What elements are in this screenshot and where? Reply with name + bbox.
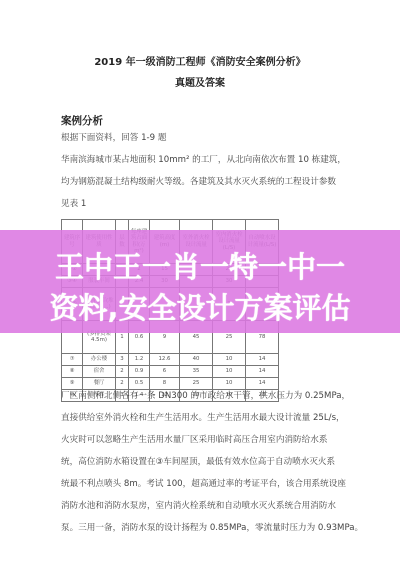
- table-cell: 14: [246, 366, 279, 378]
- table-cell: 3: [116, 354, 129, 366]
- body-paragraph: 厂区南侧和北侧各有一条 DN300 的市政给水干管，供水压力为 0.25MPa，…: [61, 385, 346, 539]
- body-line: 厂区南侧和北侧各有一条 DN300 的市政给水干管，供水压力为 0.25MPa，: [61, 385, 346, 407]
- table-cell: 办公楼: [83, 354, 116, 366]
- table-cell: 10: [213, 354, 246, 366]
- document-subtitle: 真题及答案: [0, 74, 400, 89]
- table-row: ⑧ 宿舍 2 0.9 6 35 10 14: [62, 366, 279, 378]
- body-line: 火灾时可以忽略生产生活用水量厂区采用临时高压合用室内消防给水系: [61, 429, 346, 451]
- banner-headline-line1: 王中王一肖一特一中一: [0, 245, 400, 286]
- intro-line: 见表 1: [61, 193, 346, 215]
- body-line: 消防水池和消防水泵房，室内消火栓系统和自动喷水灭火系统合用消防水: [61, 495, 346, 517]
- document-title: 2019 年一级消防工程师《消防安全案例分析》: [0, 53, 400, 68]
- intro-line: 根据下面资料，回答 1-9 题: [61, 127, 346, 149]
- intro-paragraph: 根据下面资料，回答 1-9 题 华南滨海城市某占地面积 10mm² 的工厂，从北…: [61, 127, 346, 215]
- body-line: 泵。三用一备，消防水泵的设计扬程为 0.85MPa，零流量时压力为 0.93MP…: [61, 517, 346, 539]
- body-line: 统最不利点喷头 8m。考试 100，超高通过率的考证平台，该合用系统设座: [61, 473, 346, 495]
- table-cell: 宿舍: [83, 366, 116, 378]
- body-line: 直接供给室外消火栓和生产生活用水。生产生活用水最大设计流量 25L/s，: [61, 407, 346, 429]
- table-cell: 12.6: [150, 354, 180, 366]
- body-line: 统，高位消防水箱设置在③车间屋顶，最低有效水位高于自动喷水灭火系: [61, 451, 346, 473]
- table-cell: ⑧: [62, 366, 83, 378]
- table-cell: 1.2: [129, 354, 150, 366]
- table-row: ⑦ 办公楼 3 1.2 12.6 40 10 14: [62, 354, 279, 366]
- table-cell: 0.9: [129, 366, 150, 378]
- intro-line: 均为钢筋混凝土结构级耐火等级。各建筑及其水灭火系统的工程设计参数: [61, 171, 346, 193]
- table-cell: ⑦: [62, 354, 83, 366]
- table-cell: 35: [180, 366, 213, 378]
- section-heading: 案例分析: [61, 113, 103, 128]
- table-cell: 14: [246, 354, 279, 366]
- banner-headline-line2: 资料,安全设计方案评估: [0, 286, 400, 327]
- intro-line: 华南滨海城市某占地面积 10mm² 的工厂，从北向南依次布置 10 栋建筑，: [61, 149, 346, 171]
- table-cell: 40: [180, 354, 213, 366]
- table-cell: 6: [150, 366, 180, 378]
- table-cell: 2: [116, 366, 129, 378]
- table-cell: 10: [213, 366, 246, 378]
